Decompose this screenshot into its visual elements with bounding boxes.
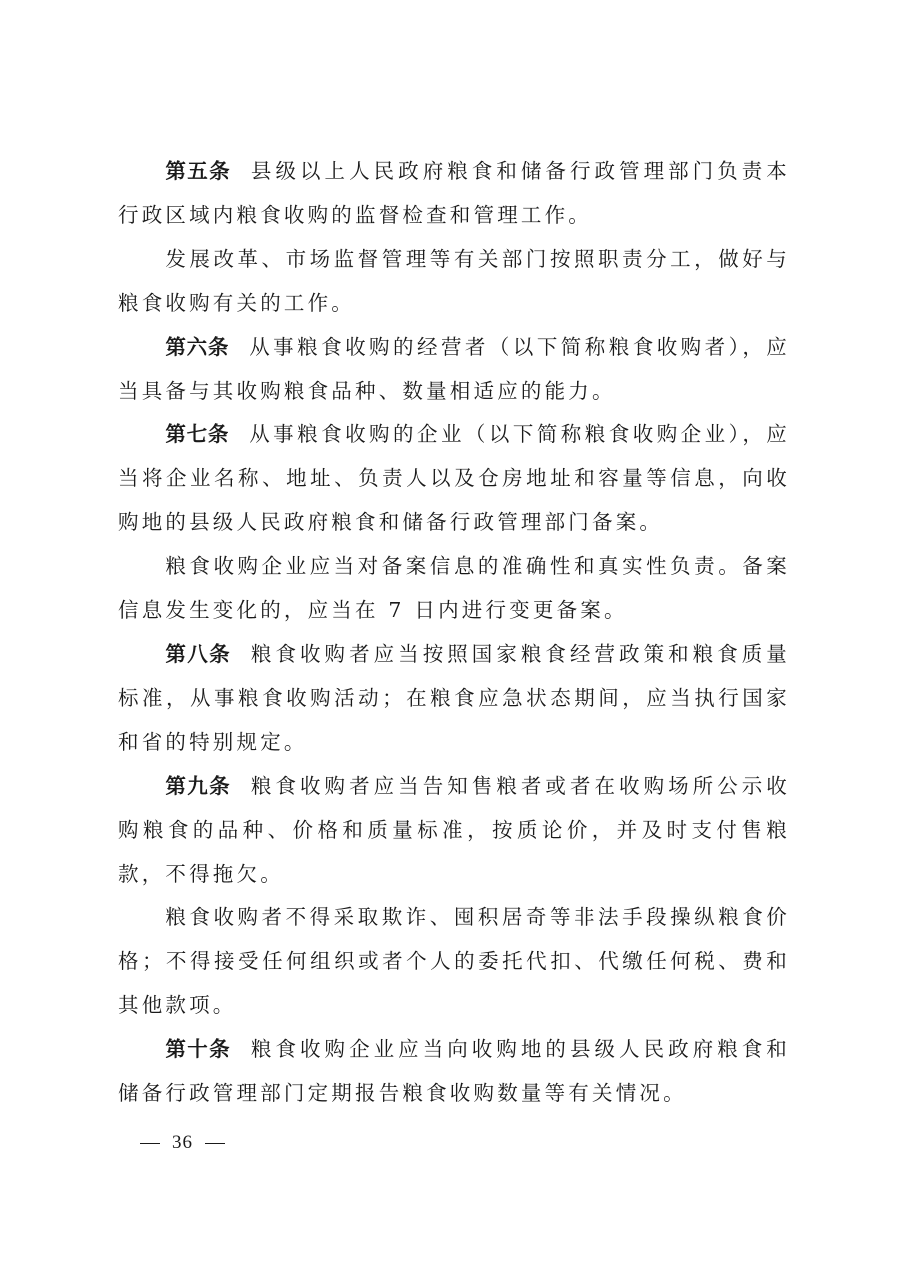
document-page: 第五条县级以上人民政府粮食和储备行政管理部门负责本行政区域内粮食收购的监督检查和… xyxy=(118,150,790,1116)
paragraph-article-10: 第十条粮食收购企业应当向收购地的县级人民政府粮食和储备行政管理部门定期报告粮食收… xyxy=(118,1028,790,1116)
page-number-value: 36 xyxy=(172,1132,193,1153)
article-heading: 第六条 xyxy=(165,335,229,359)
article-heading: 第九条 xyxy=(165,774,231,798)
article-heading: 第八条 xyxy=(165,642,231,666)
paragraph-article-5-clause-2: 发展改革、市场监督管理等有关部门按照职责分工，做好与粮食收购有关的工作。 xyxy=(118,238,790,326)
paragraph-text: 粮食收购者不得采取欺诈、囤积居奇等非法手段操纵粮食价格；不得接受任何组织或者个人… xyxy=(118,905,790,1017)
article-heading: 第十条 xyxy=(165,1037,231,1061)
paragraph-article-8: 第八条粮食收购者应当按照国家粮食经营政策和粮食质量标准，从事粮食收购活动；在粮食… xyxy=(118,633,790,765)
paragraph-article-7: 第七条从事粮食收购的企业（以下简称粮食收购企业），应当将企业名称、地址、负责人以… xyxy=(118,413,790,545)
paragraph-article-6: 第六条从事粮食收购的经营者（以下简称粮食收购者），应当具备与其收购粮食品种、数量… xyxy=(118,326,790,414)
paragraph-text: 粮食收购企业应当对备案信息的准确性和真实性负责。备案信息发生变化的，应当在 7 … xyxy=(118,554,790,622)
dash-left xyxy=(140,1143,160,1144)
article-heading: 第五条 xyxy=(165,159,231,183)
page-number: 36 xyxy=(140,1132,225,1154)
dash-right xyxy=(205,1143,225,1144)
paragraph-article-7-clause-2: 粮食收购企业应当对备案信息的准确性和真实性负责。备案信息发生变化的，应当在 7 … xyxy=(118,545,790,633)
paragraph-article-9: 第九条粮食收购者应当告知售粮者或者在收购场所公示收购粮食的品种、价格和质量标准，… xyxy=(118,765,790,897)
paragraph-text: 发展改革、市场监督管理等有关部门按照职责分工，做好与粮食收购有关的工作。 xyxy=(118,247,790,315)
paragraph-article-9-clause-2: 粮食收购者不得采取欺诈、囤积居奇等非法手段操纵粮食价格；不得接受任何组织或者个人… xyxy=(118,896,790,1028)
paragraph-article-5: 第五条县级以上人民政府粮食和储备行政管理部门负责本行政区域内粮食收购的监督检查和… xyxy=(118,150,790,238)
article-heading: 第七条 xyxy=(165,422,229,446)
